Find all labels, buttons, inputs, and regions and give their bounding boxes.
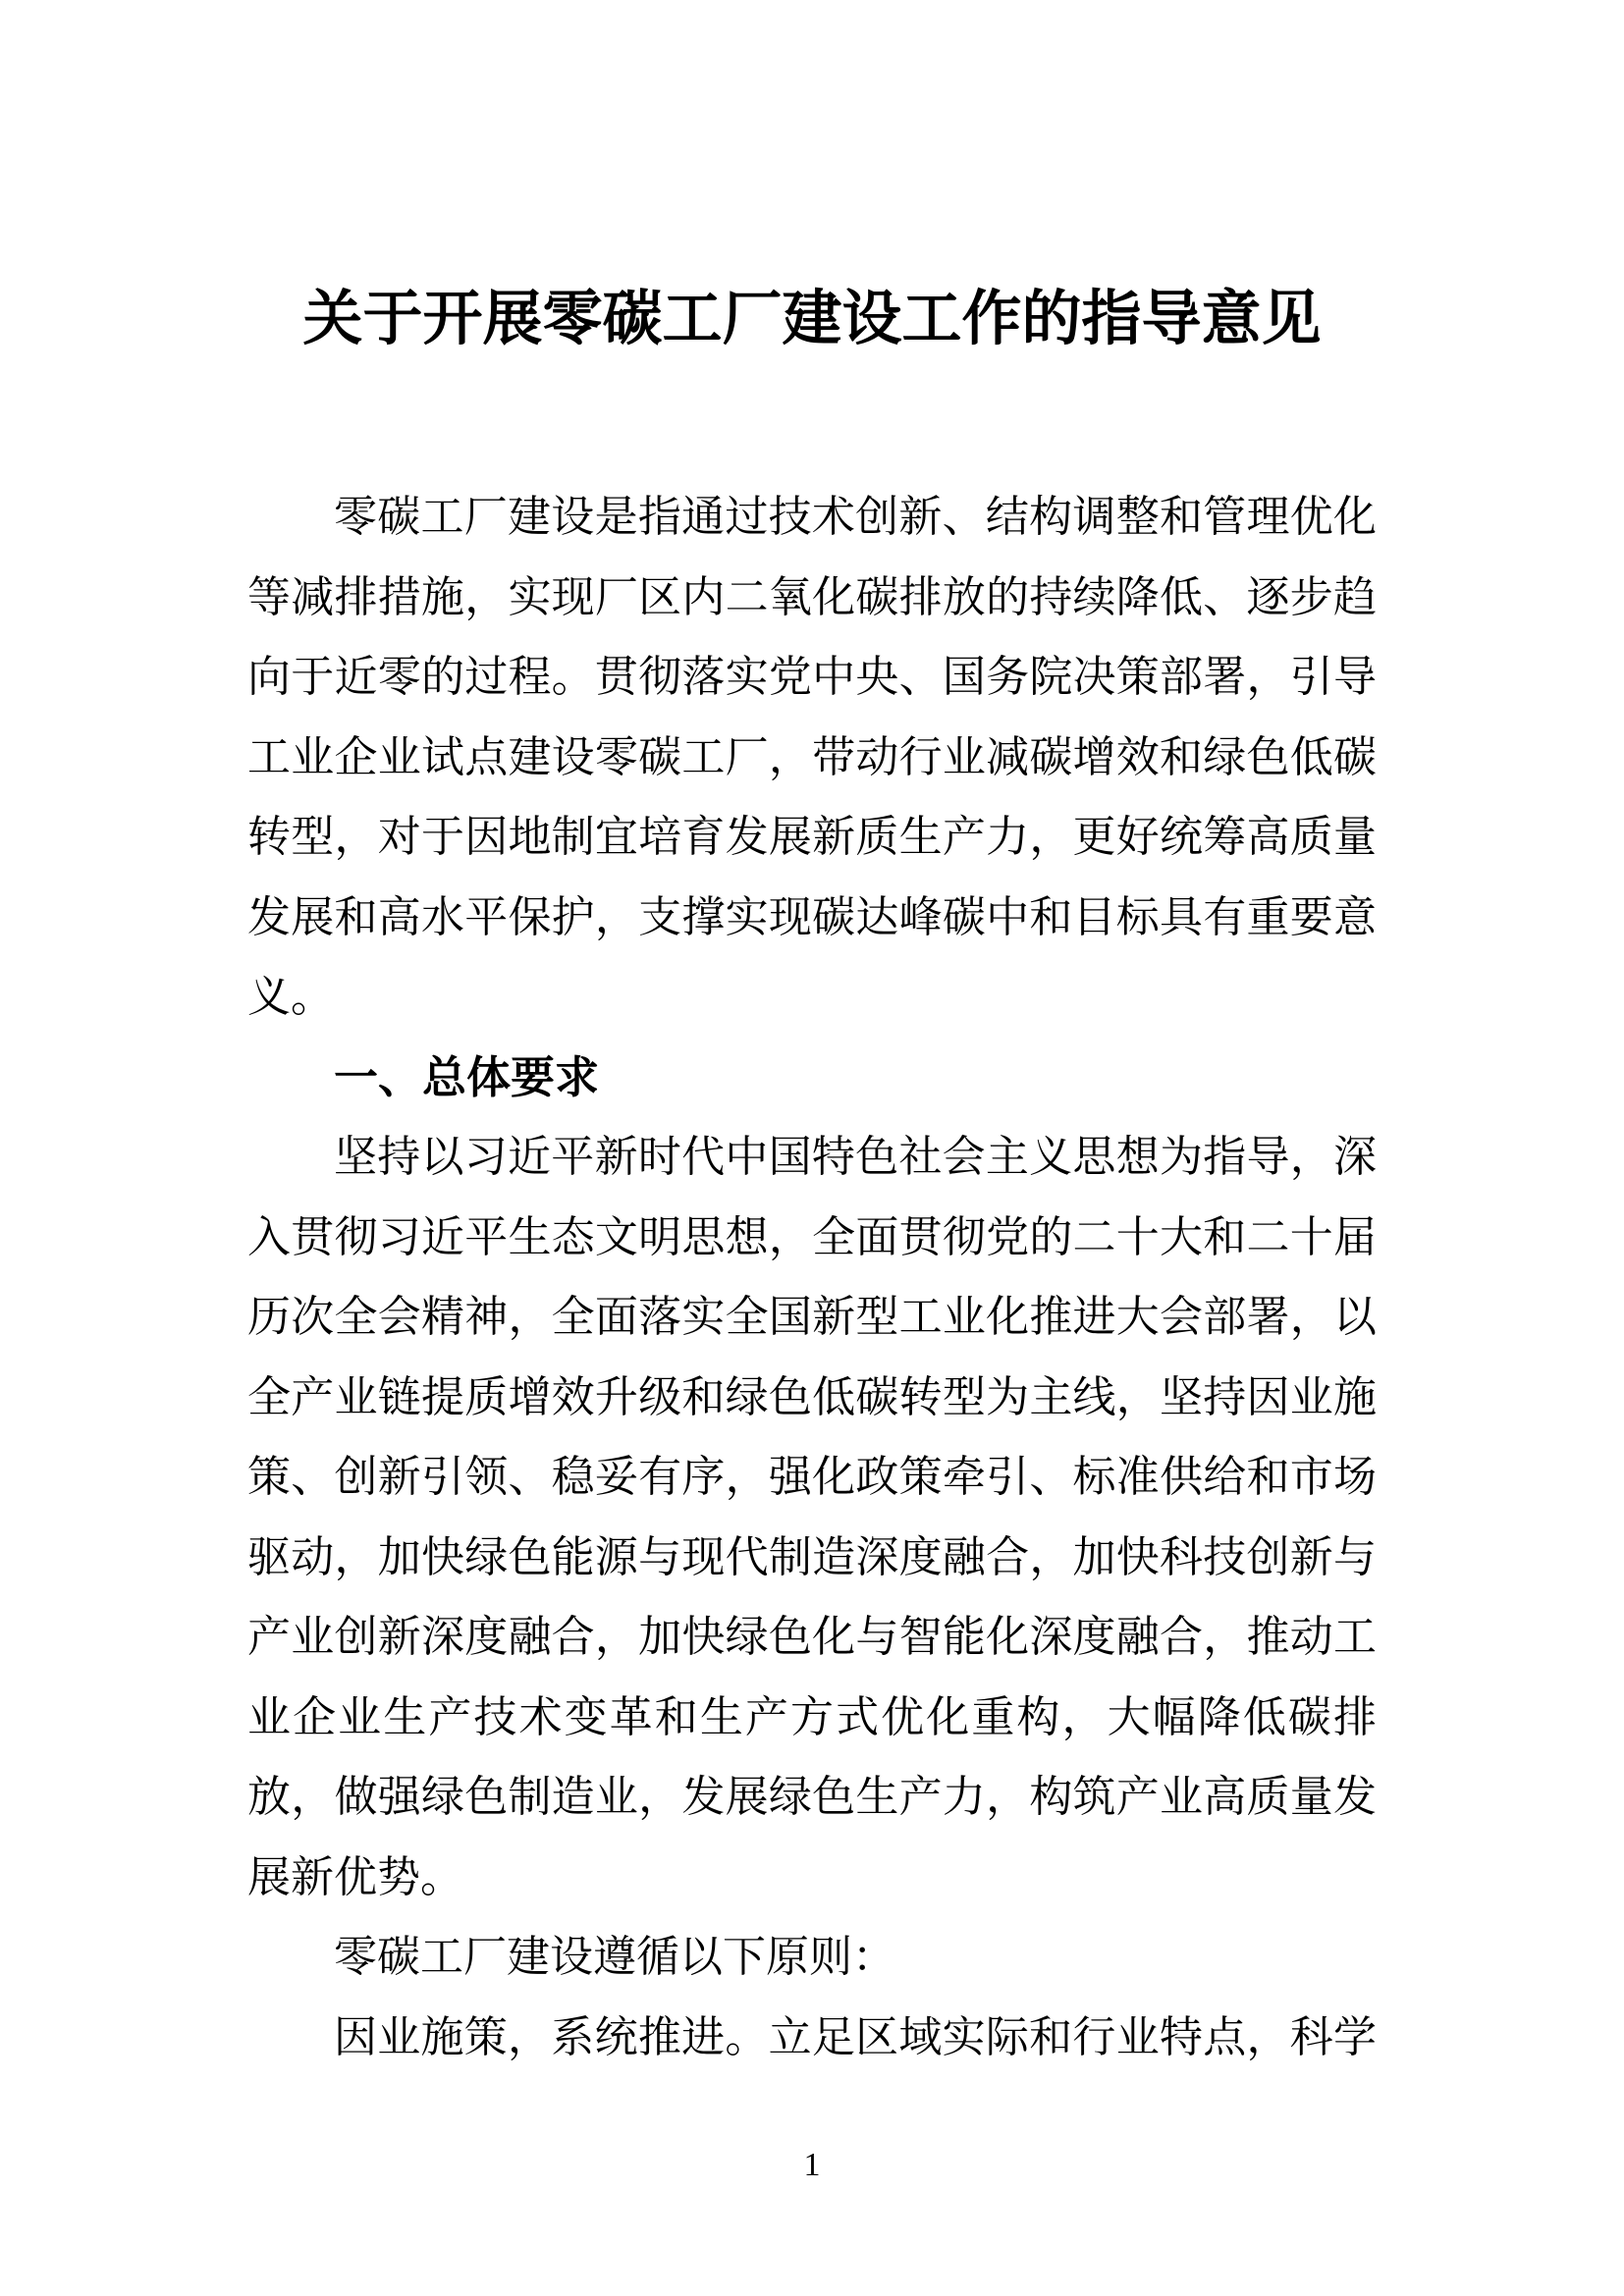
paragraph-line: 发展和高水平保护，支撑实现碳达峰碳中和目标具有重要意: [247, 878, 1377, 958]
paragraph-line: 转型，对于因地制宜培育发展新质生产力，更好统筹高质量: [247, 797, 1377, 878]
paragraph-line: 义。: [247, 957, 1377, 1038]
paragraph-line: 因业施策，系统推进。立足区域实际和行业特点，科学: [247, 1998, 1377, 2078]
paragraph-line: 产业创新深度融合，加快绿色化与智能化深度融合，推动工: [247, 1597, 1377, 1678]
paragraph-line: 放，做强绿色制造业，发展绿色生产力，构筑产业高质量发: [247, 1757, 1377, 1838]
paragraph-line: 向于近零的过程。贯彻落实党中央、国务院决策部署，引导: [247, 637, 1377, 718]
paragraph-line: 展新优势。: [247, 1838, 1377, 1918]
paragraph-line: 策、创新引领、稳妥有序，强化政策牵引、标准供给和市场: [247, 1437, 1377, 1518]
document-page: 关于开展零碳工厂建设工作的指导意见 零碳工厂建设是指通过技术创新、结构调整和管理…: [0, 0, 1624, 2296]
paragraph-line: 工业企业试点建设零碳工厂，带动行业减碳增效和绿色低碳: [247, 718, 1377, 798]
paragraph-line: 坚持以习近平新时代中国特色社会主义思想为指导，深: [247, 1117, 1377, 1198]
document-title: 关于开展零碳工厂建设工作的指导意见: [0, 288, 1624, 352]
document-body: 零碳工厂建设是指通过技术创新、结构调整和管理优化 等减排措施，实现厂区内二氧化碳…: [247, 477, 1377, 2077]
paragraph-line: 历次全会精神，全面落实全国新型工业化推进大会部署，以: [247, 1277, 1377, 1358]
paragraph-line: 入贯彻习近平生态文明思想，全面贯彻党的二十大和二十届: [247, 1198, 1377, 1278]
section-heading: 一、总体要求: [247, 1038, 1377, 1118]
paragraph-line: 驱动，加快绿色能源与现代制造深度融合，加快科技创新与: [247, 1518, 1377, 1598]
paragraph-line: 零碳工厂建设遵循以下原则：: [247, 1917, 1377, 1998]
paragraph-line: 全产业链提质增效升级和绿色低碳转型为主线，坚持因业施: [247, 1358, 1377, 1438]
paragraph-line: 等减排措施，实现厂区内二氧化碳排放的持续降低、逐步趋: [247, 558, 1377, 638]
paragraph-line: 零碳工厂建设是指通过技术创新、结构调整和管理优化: [247, 477, 1377, 558]
paragraph-line: 业企业生产技术变革和生产方式优化重构，大幅降低碳排: [247, 1678, 1377, 1758]
page-number: 1: [0, 2146, 1624, 2185]
